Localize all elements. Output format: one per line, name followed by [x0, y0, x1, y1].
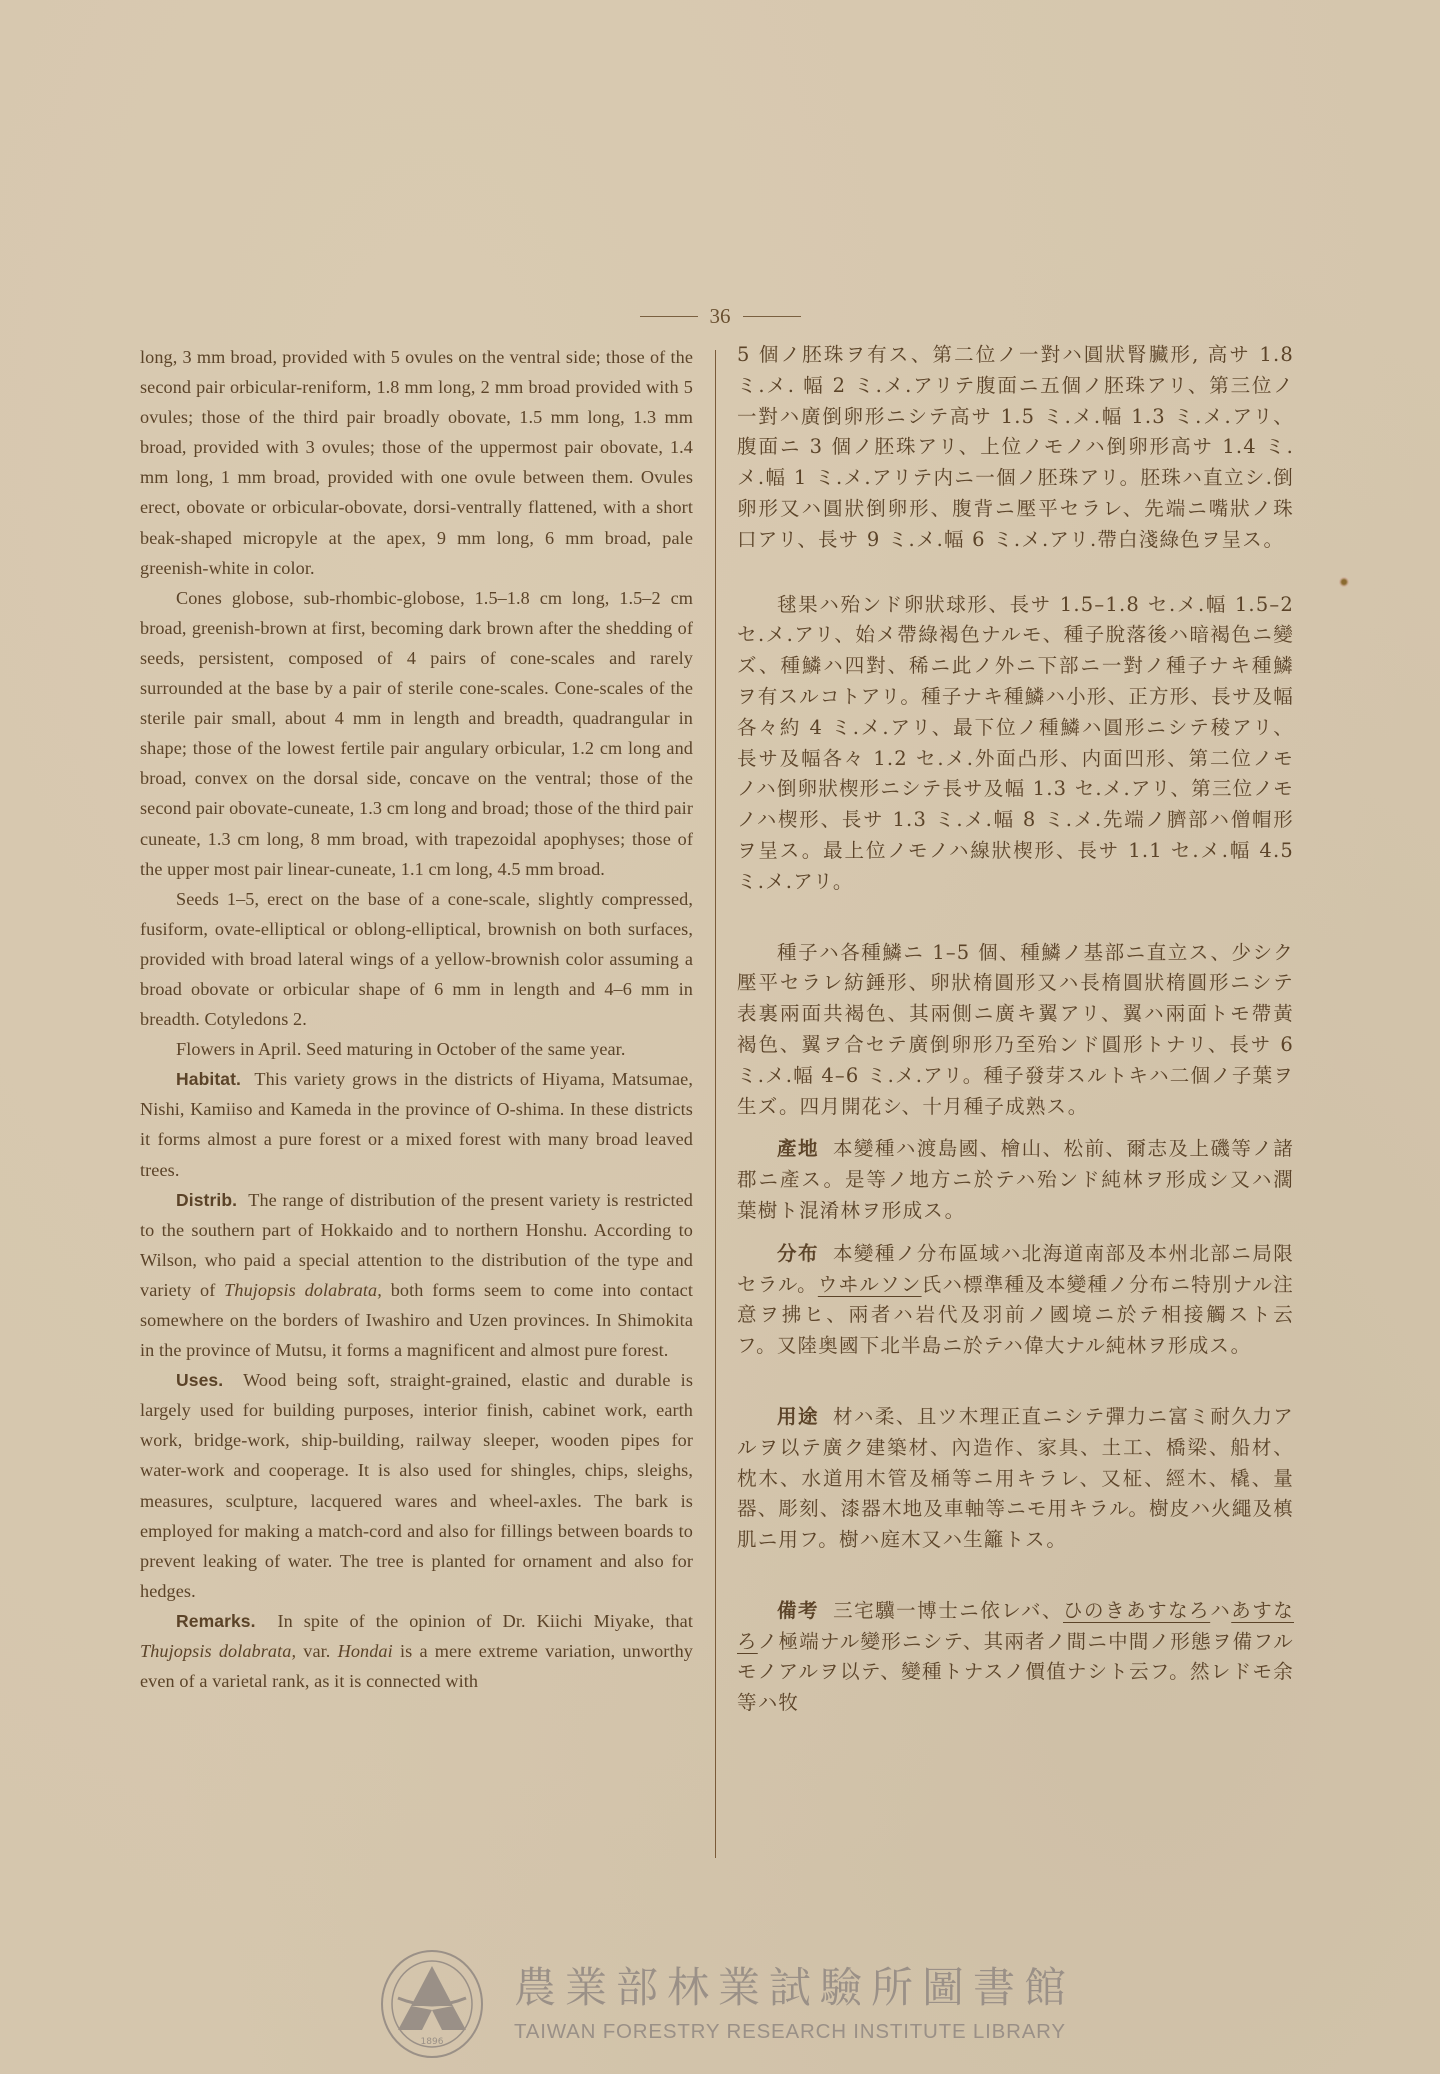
ja-remarks-heading: 備考 — [777, 1599, 819, 1622]
en-remarks-variety: Hondai — [338, 1641, 393, 1661]
paper-stain — [1339, 577, 1349, 587]
page-number-rule-left — [640, 316, 698, 317]
institute-logo-icon: 1896 — [378, 1948, 486, 2060]
ja-remarks-section: 備考三宅驥一博士ニ依レバ、ひのきあすなろハあすなろノ極端ナル變形ニシテ、其兩者ノ… — [737, 1596, 1294, 1719]
watermark-title-en: TAIWAN FORESTRY RESEARCH INSTITUTE LIBRA… — [514, 2020, 1075, 2044]
en-distrib-species: Thujopsis dolabrata, — [224, 1280, 382, 1300]
en-remarks-heading: Remarks. — [176, 1611, 256, 1631]
japanese-column: 5 個ノ胚珠ヲ有ス、第二位ノ一對ハ圓狀腎臟形, 高サ 1.8 ミ.メ. 幅 2 … — [737, 340, 1294, 1719]
english-column: long, 3 mm broad, provided with 5 ovules… — [140, 342, 693, 1696]
library-watermark: 1896 農業部林業試驗所圖書館 TAIWAN FORESTRY RESEARC… — [378, 1948, 1075, 2060]
page-number-text: 36 — [710, 304, 731, 329]
en-flowering-paragraph: Flowers in April. Seed maturing in Octob… — [140, 1034, 693, 1064]
ja-habitat-section: 產地本變種ハ渡島國、檜山、松前、爾志及上磯等ノ諸郡ニ產ス。是等ノ地方ニ於テハ殆ン… — [737, 1134, 1294, 1226]
page-number-rule-right — [743, 316, 801, 317]
en-habitat-heading: Habitat. — [176, 1069, 241, 1089]
en-remarks-text-a: In spite of the opinion of Dr. Kiichi Mi… — [277, 1611, 693, 1631]
ja-uses-section: 用途材ハ柔、且ツ木理正直ニシテ彈力ニ富ミ耐久力アルヲ以テ廣ク建築材、內造作、家具… — [737, 1402, 1294, 1556]
ja-cones-paragraph: 毬果ハ殆ンド卵狀球形、長サ 1.5–1.8 セ.メ.幅 1.5–2 セ.メ.アリ… — [737, 590, 1294, 898]
en-seeds-paragraph: Seeds 1–5, erect on the base of a cone-s… — [140, 884, 693, 1034]
ja-uses-text: 材ハ柔、且ツ木理正直ニシテ彈力ニ富ミ耐久力アルヲ以テ廣ク建築材、內造作、家具、土… — [737, 1405, 1294, 1551]
ja-distrib-wilson: ウヰルソン — [818, 1273, 922, 1296]
en-cones-paragraph: Cones globose, sub-rhombic-globose, 1.5–… — [140, 583, 693, 884]
en-uses-heading: Uses. — [176, 1370, 223, 1390]
en-ovule-paragraph: long, 3 mm broad, provided with 5 ovules… — [140, 342, 693, 583]
ja-distrib-heading: 分布 — [777, 1242, 819, 1265]
en-habitat-section: Habitat. This variety grows in the distr… — [140, 1064, 693, 1184]
ja-seeds-paragraph: 種子ハ各種鱗ニ 1–5 個、種鱗ノ基部ニ直立ス、少シク壓平セラレ紡錘形、卵狀楕圓… — [737, 938, 1294, 1123]
ja-habitat-heading: 產地 — [777, 1137, 819, 1160]
en-distrib-section: Distrib. The range of distribution of th… — [140, 1185, 693, 1366]
ja-uses-heading: 用途 — [777, 1405, 819, 1428]
ja-ovule-paragraph: 5 個ノ胚珠ヲ有ス、第二位ノ一對ハ圓狀腎臟形, 高サ 1.8 ミ.メ. 幅 2 … — [737, 340, 1294, 556]
column-divider — [715, 350, 716, 1858]
ja-remarks-text-a: 三宅驥一博士ニ依レバ、 — [833, 1599, 1063, 1622]
page-number: 36 — [0, 304, 1440, 329]
en-uses-text: Wood being soft, straight-grained, elast… — [140, 1370, 693, 1601]
watermark-text: 農業部林業試驗所圖書館 TAIWAN FORESTRY RESEARCH INS… — [514, 1964, 1075, 2044]
ja-remarks-text-c: ノ極端ナル變形ニシテ、其兩者ノ間ニ中間ノ形態ヲ備フルモノアルヲ以テ、變種トナスノ… — [737, 1630, 1294, 1715]
en-distrib-heading: Distrib. — [176, 1190, 237, 1210]
ja-remarks-text-b: ハ — [1210, 1599, 1231, 1622]
en-remarks-species: Thujopsis dolabrata, — [140, 1641, 296, 1661]
watermark-title-cn: 農業部林業試驗所圖書館 — [514, 1964, 1075, 2012]
en-remarks-section: Remarks. In spite of the opinion of Dr. … — [140, 1606, 693, 1696]
ja-habitat-text: 本變種ハ渡島國、檜山、松前、爾志及上磯等ノ諸郡ニ產ス。是等ノ地方ニ於テハ殆ンド純… — [737, 1137, 1294, 1222]
svg-text:1896: 1896 — [421, 2037, 444, 2047]
en-uses-section: Uses. Wood being soft, straight-grained,… — [140, 1365, 693, 1606]
en-remarks-text-b: var. — [296, 1641, 338, 1661]
ja-distrib-section: 分布本變種ノ分布區域ハ北海道南部及本州北部ニ局限セラル。ウヰルソン氏ハ標準種及本… — [737, 1239, 1294, 1362]
ja-remarks-name1: ひのきあすなろ — [1063, 1599, 1210, 1622]
